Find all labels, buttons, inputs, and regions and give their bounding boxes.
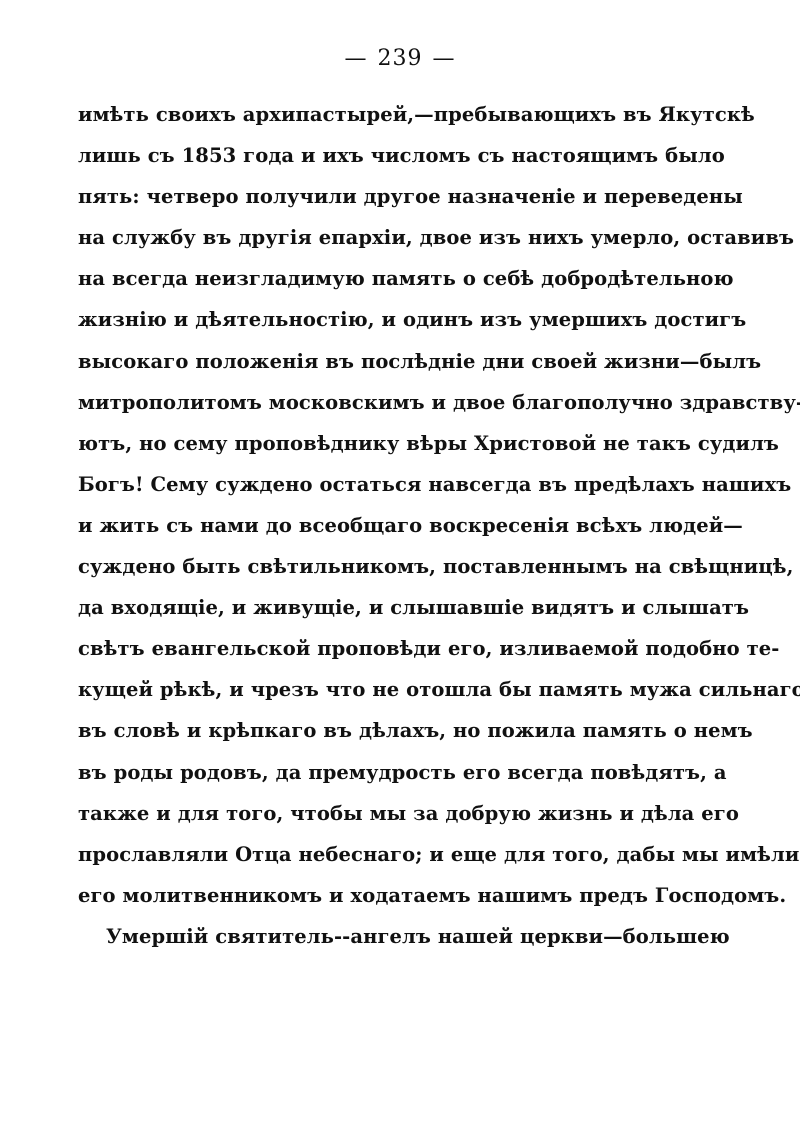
text-line: его молитвенникомъ и ходатаемъ нашимъ пр… xyxy=(78,881,724,922)
text-line: ютъ, но сему проповѣднику вѣры Христовой… xyxy=(78,429,724,470)
text-line: жизнію и дѣятельностію, и одинъ изъ умер… xyxy=(78,305,724,346)
page-number: —239— xyxy=(0,46,800,71)
text-line: также и для того, чтобы мы за добрую жиз… xyxy=(78,799,724,840)
text-line: Богъ! Сему суждено остаться навсегда въ … xyxy=(78,470,724,511)
text-line: на службу въ другія епархіи, двое изъ ни… xyxy=(78,223,724,264)
paragraph: имѣть своихъ архипастырей,—пребывающихъ … xyxy=(78,100,724,922)
page-number-value: 239 xyxy=(368,46,433,71)
text-line: лишь съ 1853 года и ихъ числомъ съ насто… xyxy=(78,141,724,182)
text-line: митрополитомъ московскимъ и двое благопо… xyxy=(78,388,724,429)
text-line: свѣтъ евангельской проповѣди его, излива… xyxy=(78,634,724,675)
text-line: Умершій святитель--ангелъ нашей церкви—б… xyxy=(78,922,724,963)
text-line: и жить съ нами до всеобщаго воскресенія … xyxy=(78,511,724,552)
text-line: кущей рѣкѣ, и чрезъ что не отошла бы пам… xyxy=(78,675,724,716)
text-line: да входящіе, и живущіе, и слышавшіе видя… xyxy=(78,593,724,634)
body-text: имѣть своихъ архипастырей,—пребывающихъ … xyxy=(78,100,724,963)
text-line: на всегда неизгладимую память о себѣ доб… xyxy=(78,264,724,305)
text-line: имѣть своихъ архипастырей,—пребывающихъ … xyxy=(78,100,724,141)
paragraph: Умершій святитель--ангелъ нашей церкви—б… xyxy=(78,922,724,963)
text-line: высокаго положенія въ послѣдніе дни свое… xyxy=(78,347,724,388)
text-line: въ словѣ и крѣпкаго въ дѣлахъ, но пожила… xyxy=(78,716,724,757)
text-line: суждено быть свѣтильникомъ, поставленным… xyxy=(78,552,724,593)
text-line: прославляли Отца небеснаго; и еще для то… xyxy=(78,840,724,881)
text-line: пять: четверо получили другое назначеніе… xyxy=(78,182,724,223)
text-line: въ роды родовъ, да премудрость его всегд… xyxy=(78,758,724,799)
page-number-dash-left: — xyxy=(345,46,368,71)
page-number-dash-right: — xyxy=(433,46,456,71)
